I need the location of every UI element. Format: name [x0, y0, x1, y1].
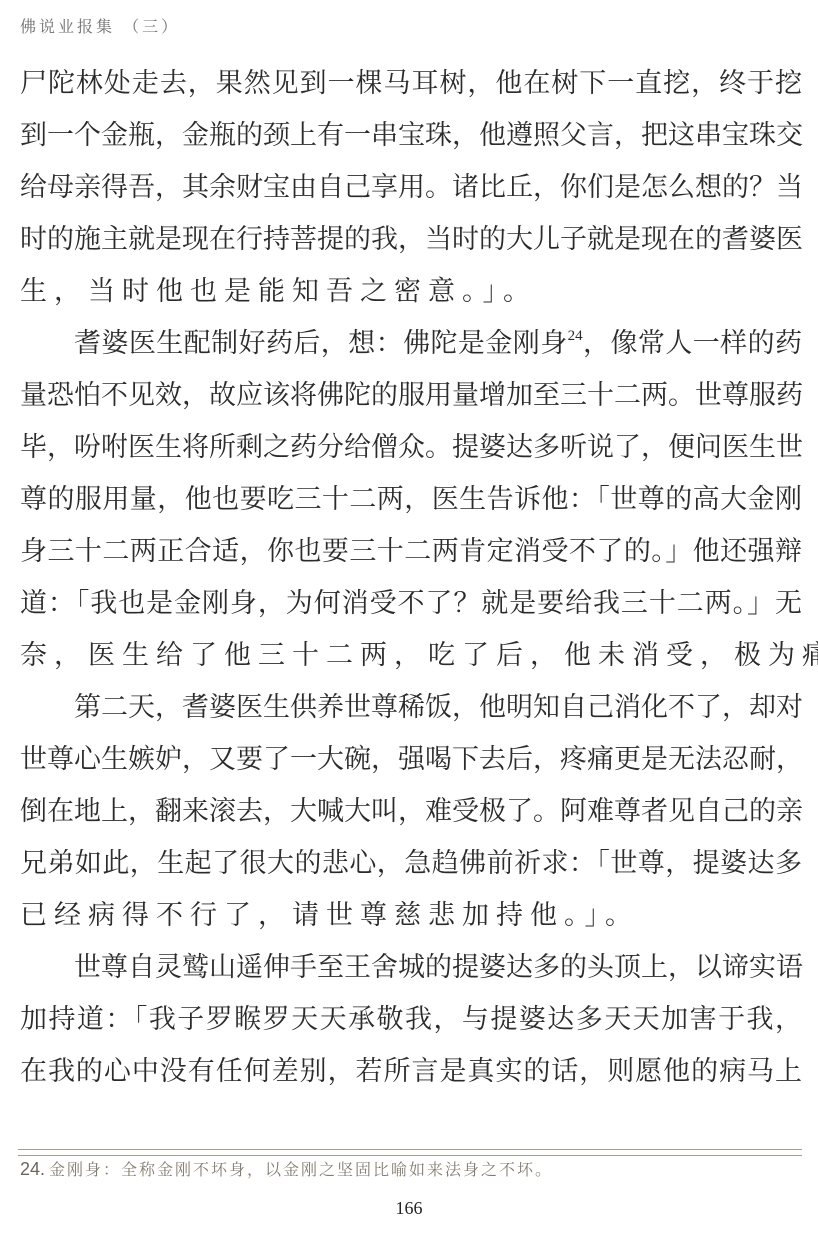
text-segment: 耆婆医生配制好药后，想：佛陀是金刚身	[74, 328, 568, 359]
footnote-divider	[18, 1149, 802, 1156]
text-line: 身三十二两正合适，你也要三十二两肯定消受不了的。」他还强辩	[20, 526, 802, 578]
text-line: 已经病得不行了，请世尊慈悲加持他。」。	[20, 890, 802, 942]
text-line: 世尊心生嫉妒，又要了一大碗，强喝下去后，疼痛更是无法忍耐，	[20, 734, 802, 786]
text-line: 尸陀林处走去，果然见到一棵马耳树，他在树下一直挖，终于挖	[20, 58, 802, 110]
text-line: 奈，医生给了他三十二两，吃了后，他未消受，极为痛苦。	[20, 630, 802, 682]
text-line: 生，当时他也是能知吾之密意。」。	[20, 266, 802, 318]
page-number: 166	[0, 1198, 818, 1219]
text-line: 尊的服用量，他也要吃三十二两，医生告诉他：「世尊的高大金刚	[20, 474, 802, 526]
footnote-text: 金刚身：全称金刚不坏身，以金刚之坚固比喻如来法身之不坏。	[49, 1160, 553, 1179]
text-line: 给母亲得吾，其余财宝由自己享用。诸比丘，你们是怎么想的？当	[20, 162, 802, 214]
text-segment: ，像常人一样的药	[583, 328, 802, 359]
text-line: 加持道：「我子罗睺罗天天承敬我，与提婆达多天天加害于我，	[20, 994, 802, 1046]
paragraph-start-line: 耆婆医生配制好药后，想：佛陀是金刚身24，像常人一样的药	[20, 318, 802, 370]
text-line: 兄弟如此，生起了很大的悲心，急趋佛前祈求：「世尊，提婆达多	[20, 838, 802, 890]
footnote-reference[interactable]: 24	[568, 328, 583, 344]
footnote: 24.金刚身：全称金刚不坏身，以金刚之坚固比喻如来法身之不坏。	[20, 1157, 553, 1180]
text-line: 毕，吩咐医生将所剩之药分给僧众。提婆达多听说了，便问医生世	[20, 422, 802, 474]
text-line: 时的施主就是现在行持菩提的我，当时的大儿子就是现在的耆婆医	[20, 214, 802, 266]
paragraph-start-line: 第二天，耆婆医生供养世尊稀饭，他明知自己消化不了，却对	[20, 682, 802, 734]
body-text: 尸陀林处走去，果然见到一棵马耳树，他在树下一直挖，终于挖 到一个金瓶，金瓶的颈上…	[20, 58, 802, 1098]
text-line: 量恐怕不见效，故应该将佛陀的服用量增加至三十二两。世尊服药	[20, 370, 802, 422]
text-line: 在我的心中没有任何差别，若所言是真实的话，则愿他的病马上	[20, 1046, 802, 1098]
running-header: 佛说业报集 （三）	[20, 14, 180, 37]
text-line: 道：「我也是金刚身，为何消受不了？就是要给我三十二两。」无	[20, 578, 802, 630]
text-line: 到一个金瓶，金瓶的颈上有一串宝珠，他遵照父言，把这串宝珠交	[20, 110, 802, 162]
text-line: 倒在地上，翻来滚去，大喊大叫，难受极了。阿难尊者见自己的亲	[20, 786, 802, 838]
footnote-number: 24.	[20, 1159, 45, 1179]
paragraph-start-line: 世尊自灵鹫山遥伸手至王舍城的提婆达多的头顶上，以谛实语	[20, 942, 802, 994]
